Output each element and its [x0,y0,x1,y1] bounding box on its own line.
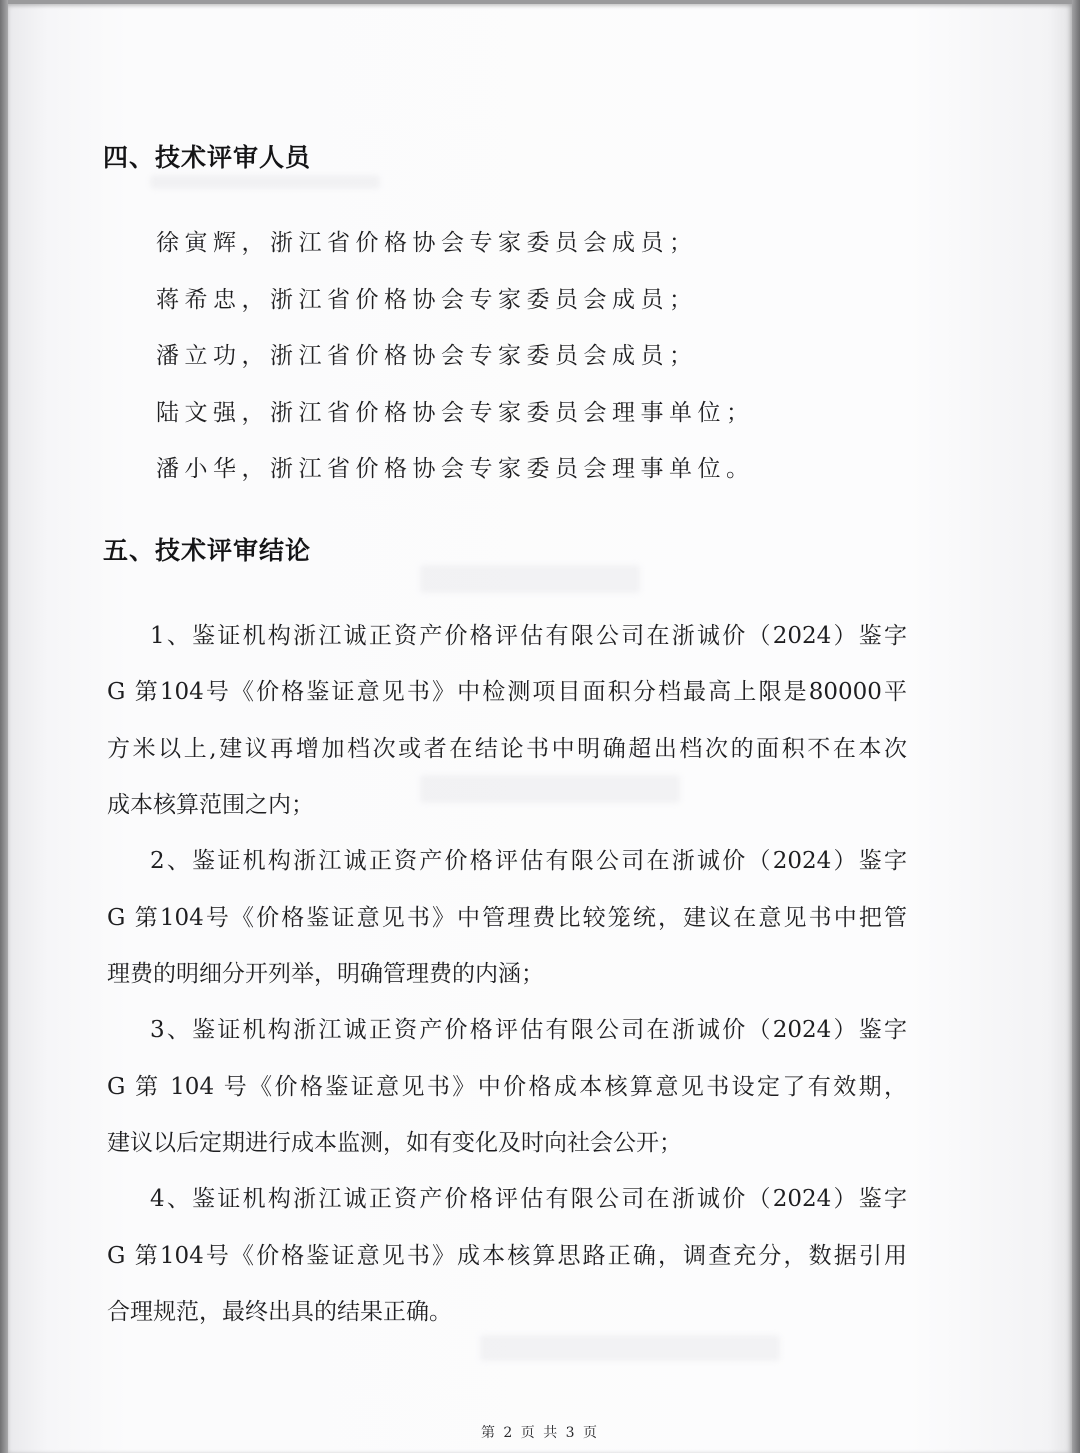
scan-artifact [480,1335,780,1361]
reviewer-item: 陆文强，浙江省价格协会专家委员会理事单位； [156,394,755,427]
conclusion-line: 成本核算范围之内； [107,786,314,819]
section-heading-reviewers: 四、技术评审人员 [103,138,311,174]
conclusion-line: 方米以上,建议再增加档次或者在结论书中明确超出档次的面积不在本次 [107,730,907,763]
conclusion-line: G 第104号《价格鉴证意见书》成本核算思路正确，调查充分，数据引用 [107,1237,907,1270]
reviewer-item: 潘小华，浙江省价格协会专家委员会理事单位。 [156,450,755,483]
reviewer-item: 潘立功，浙江省价格协会专家委员会成员； [156,337,698,370]
document-page [8,4,1072,1453]
scan-edge-left [0,0,8,1453]
reviewer-item: 蒋希忠，浙江省价格协会专家委员会成员； [156,281,698,314]
conclusion-line: 建议以后定期进行成本监测，如有变化及时向社会公开； [107,1124,682,1157]
scan-artifact [420,565,640,593]
conclusion-line: 1、鉴证机构浙江诚正资产价格评估有限公司在浙诚价（2024）鉴字 [150,617,907,650]
conclusion-line: 2、鉴证机构浙江诚正资产价格评估有限公司在浙诚价（2024）鉴字 [150,842,907,875]
conclusion-line: G 第 104 号《价格鉴证意见书》中价格成本核算意见书设定了有效期， [107,1068,907,1101]
scan-artifact [420,775,680,803]
conclusion-line: 4、鉴证机构浙江诚正资产价格评估有限公司在浙诚价（2024）鉴字 [150,1180,907,1213]
conclusion-line: 理费的明细分开列举，明确管理费的内涵； [107,955,544,988]
conclusion-line: 3、鉴证机构浙江诚正资产价格评估有限公司在浙诚价（2024）鉴字 [150,1011,907,1044]
scan-artifact [150,175,380,189]
conclusion-line: G 第104号《价格鉴证意见书》中检测项目面积分档最高上限是80000平 [107,673,907,706]
reviewer-item: 徐寅辉，浙江省价格协会专家委员会成员； [156,224,698,257]
section-heading-conclusions: 五、技术评审结论 [103,531,311,567]
scan-edge-right [1072,0,1080,1453]
conclusion-line: 合理规范，最终出具的结果正确。 [107,1293,452,1326]
page-number: 第 2 页 共 3 页 [0,1422,1080,1442]
conclusion-line: G 第104号《价格鉴证意见书》中管理费比较笼统，建议在意见书中把管 [107,899,907,932]
